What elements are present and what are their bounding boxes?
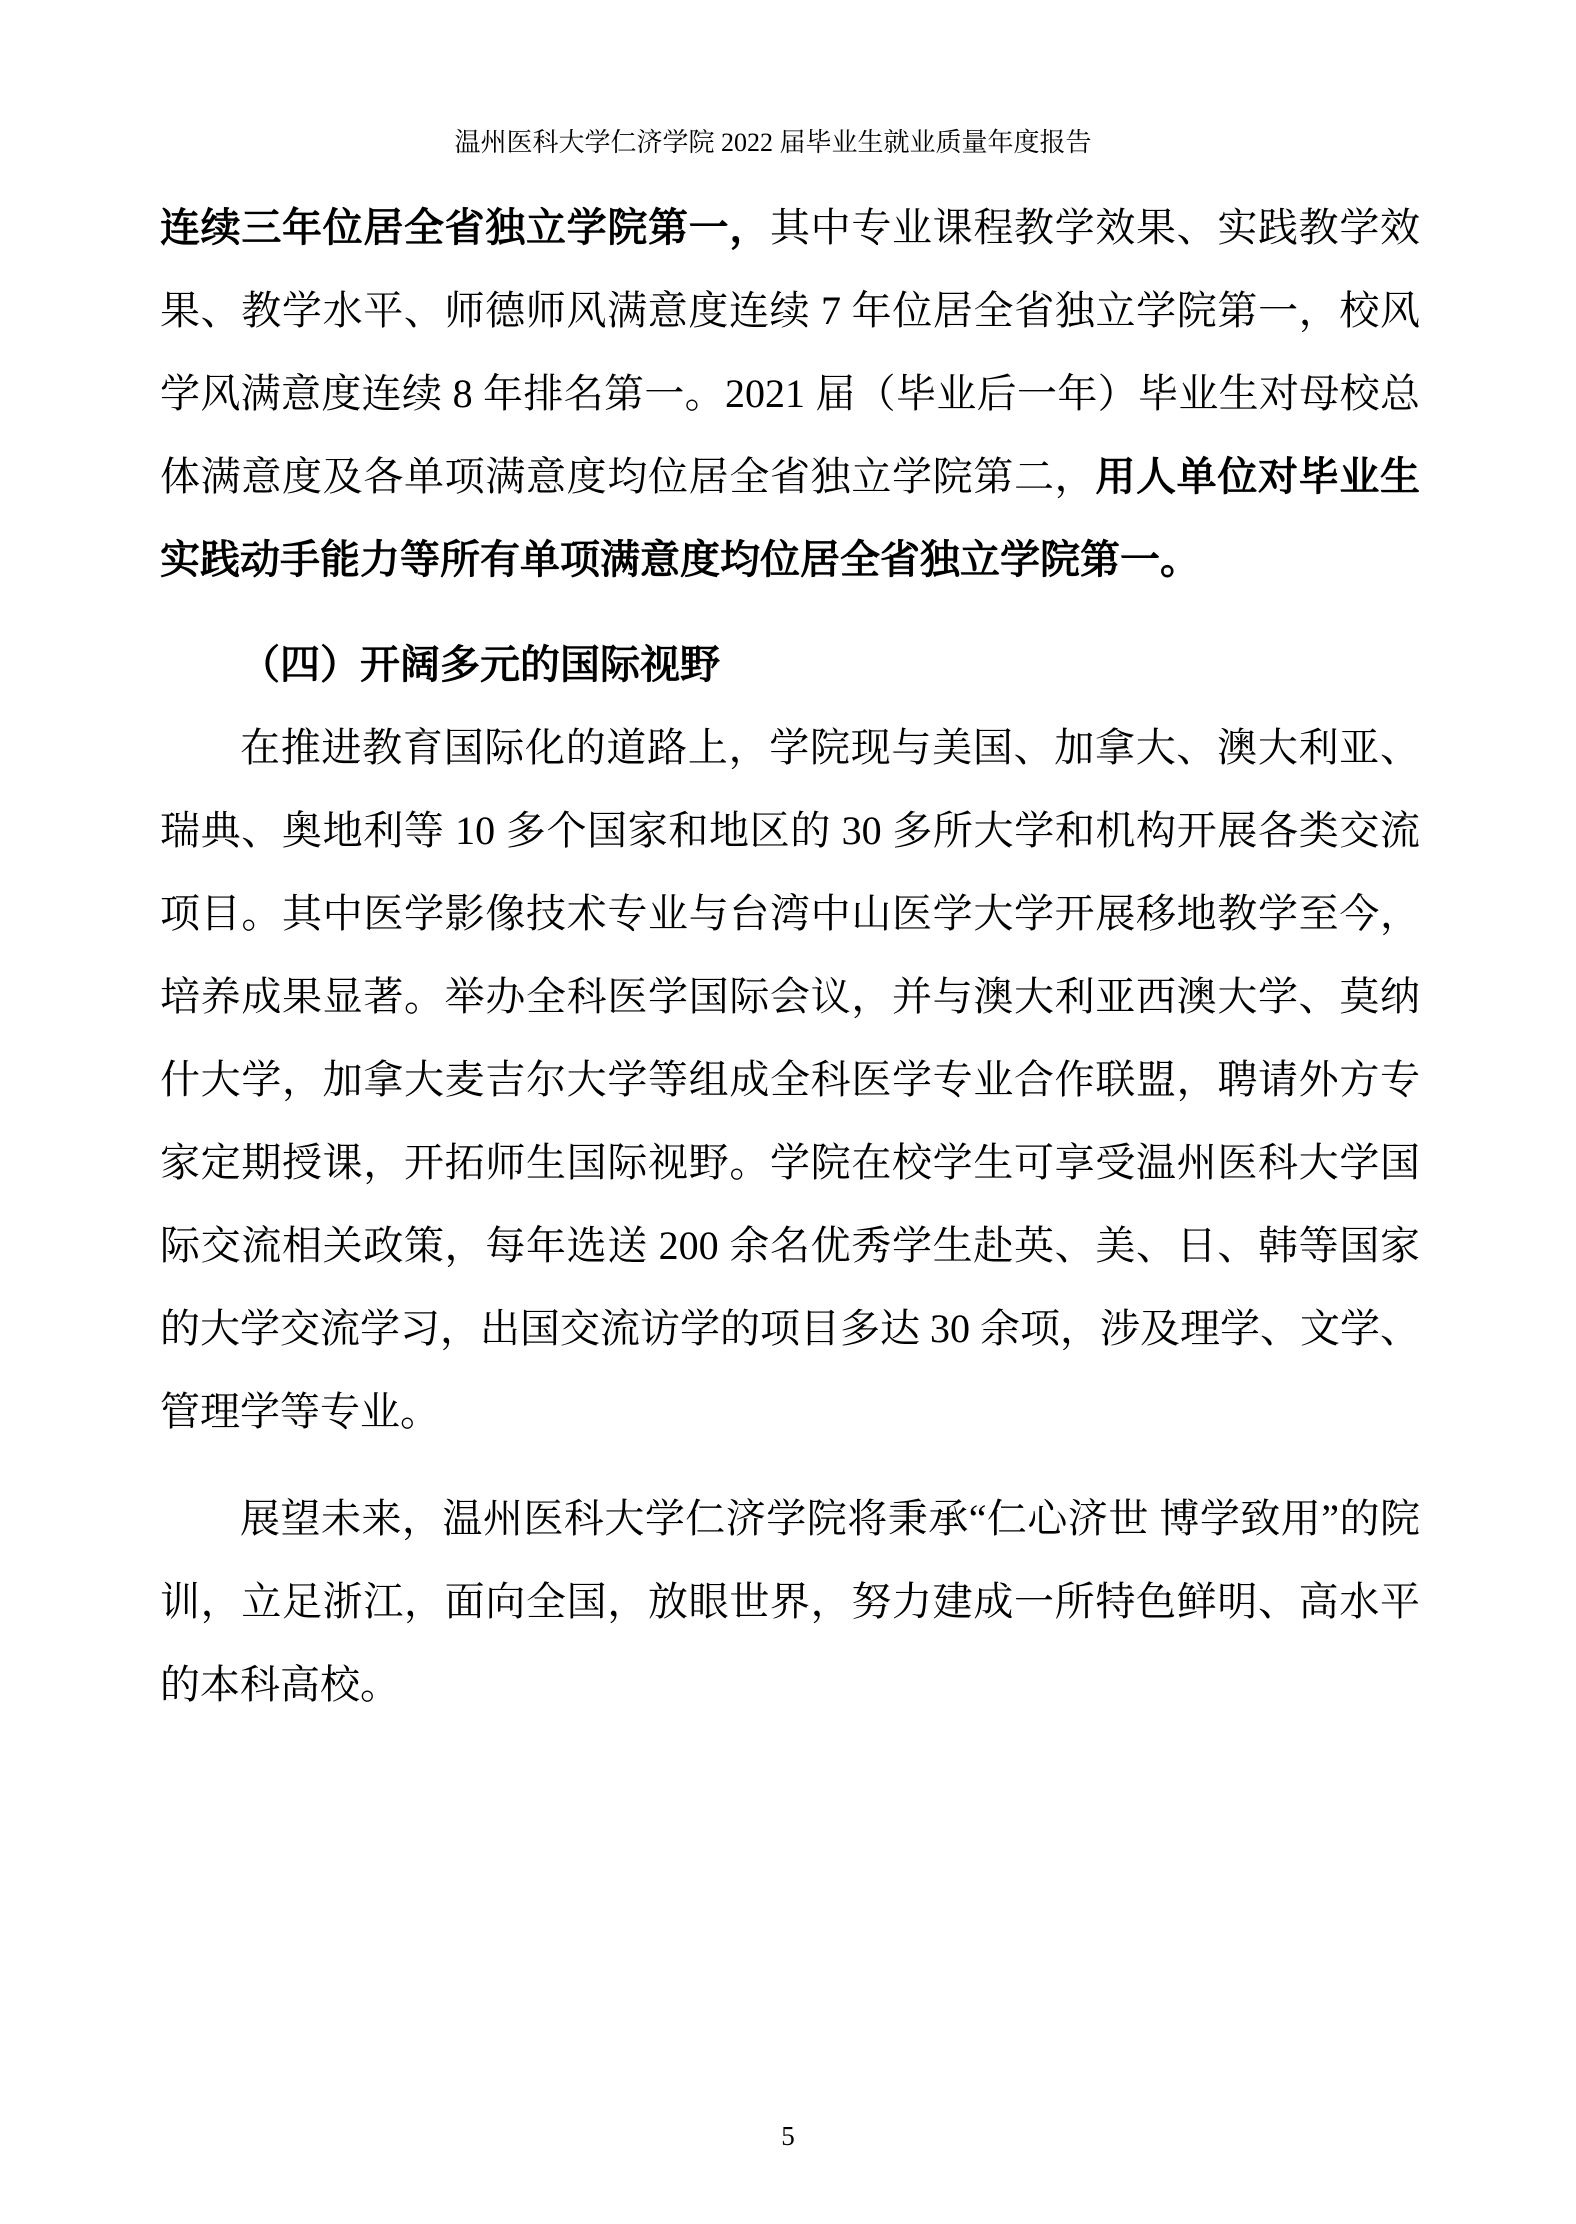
text-segment: （四）开阔多元的国际视野	[240, 642, 720, 687]
text-segment: 在推进教育国际化的道路上，学院现与美国、加拿大、澳大利亚、瑞典、奥地利等 10 …	[160, 725, 1420, 1434]
section-heading-international-vision: （四）开阔多元的国际视野	[160, 623, 1420, 706]
paragraph-satisfaction-rankings: 连续三年位居全省独立学院第一，其中专业课程教学效果、实践教学效果、教学水平、师德…	[160, 186, 1420, 601]
page-number: 5	[0, 2121, 1576, 2152]
document-page: 温州医科大学仁济学院 2022 届毕业生就业质量年度报告 连续三年位居全省独立学…	[0, 0, 1576, 2224]
paragraph-international-cooperation: 在推进教育国际化的道路上，学院现与美国、加拿大、澳大利亚、瑞典、奥地利等 10 …	[160, 706, 1420, 1453]
text-segment: 展望未来，温州医科大学仁济学院将秉承“仁心济世 博学致用”的院训，立足浙江，面向…	[160, 1496, 1420, 1707]
document-body: 连续三年位居全省独立学院第一，其中专业课程教学效果、实践教学效果、教学水平、师德…	[160, 186, 1420, 1726]
paragraph-future-outlook: 展望未来，温州医科大学仁济学院将秉承“仁心济世 博学致用”的院训，立足浙江，面向…	[160, 1477, 1420, 1726]
running-header: 温州医科大学仁济学院 2022 届毕业生就业质量年度报告	[0, 122, 1546, 159]
text-segment: 连续三年位居全省独立学院第一，	[160, 205, 770, 250]
